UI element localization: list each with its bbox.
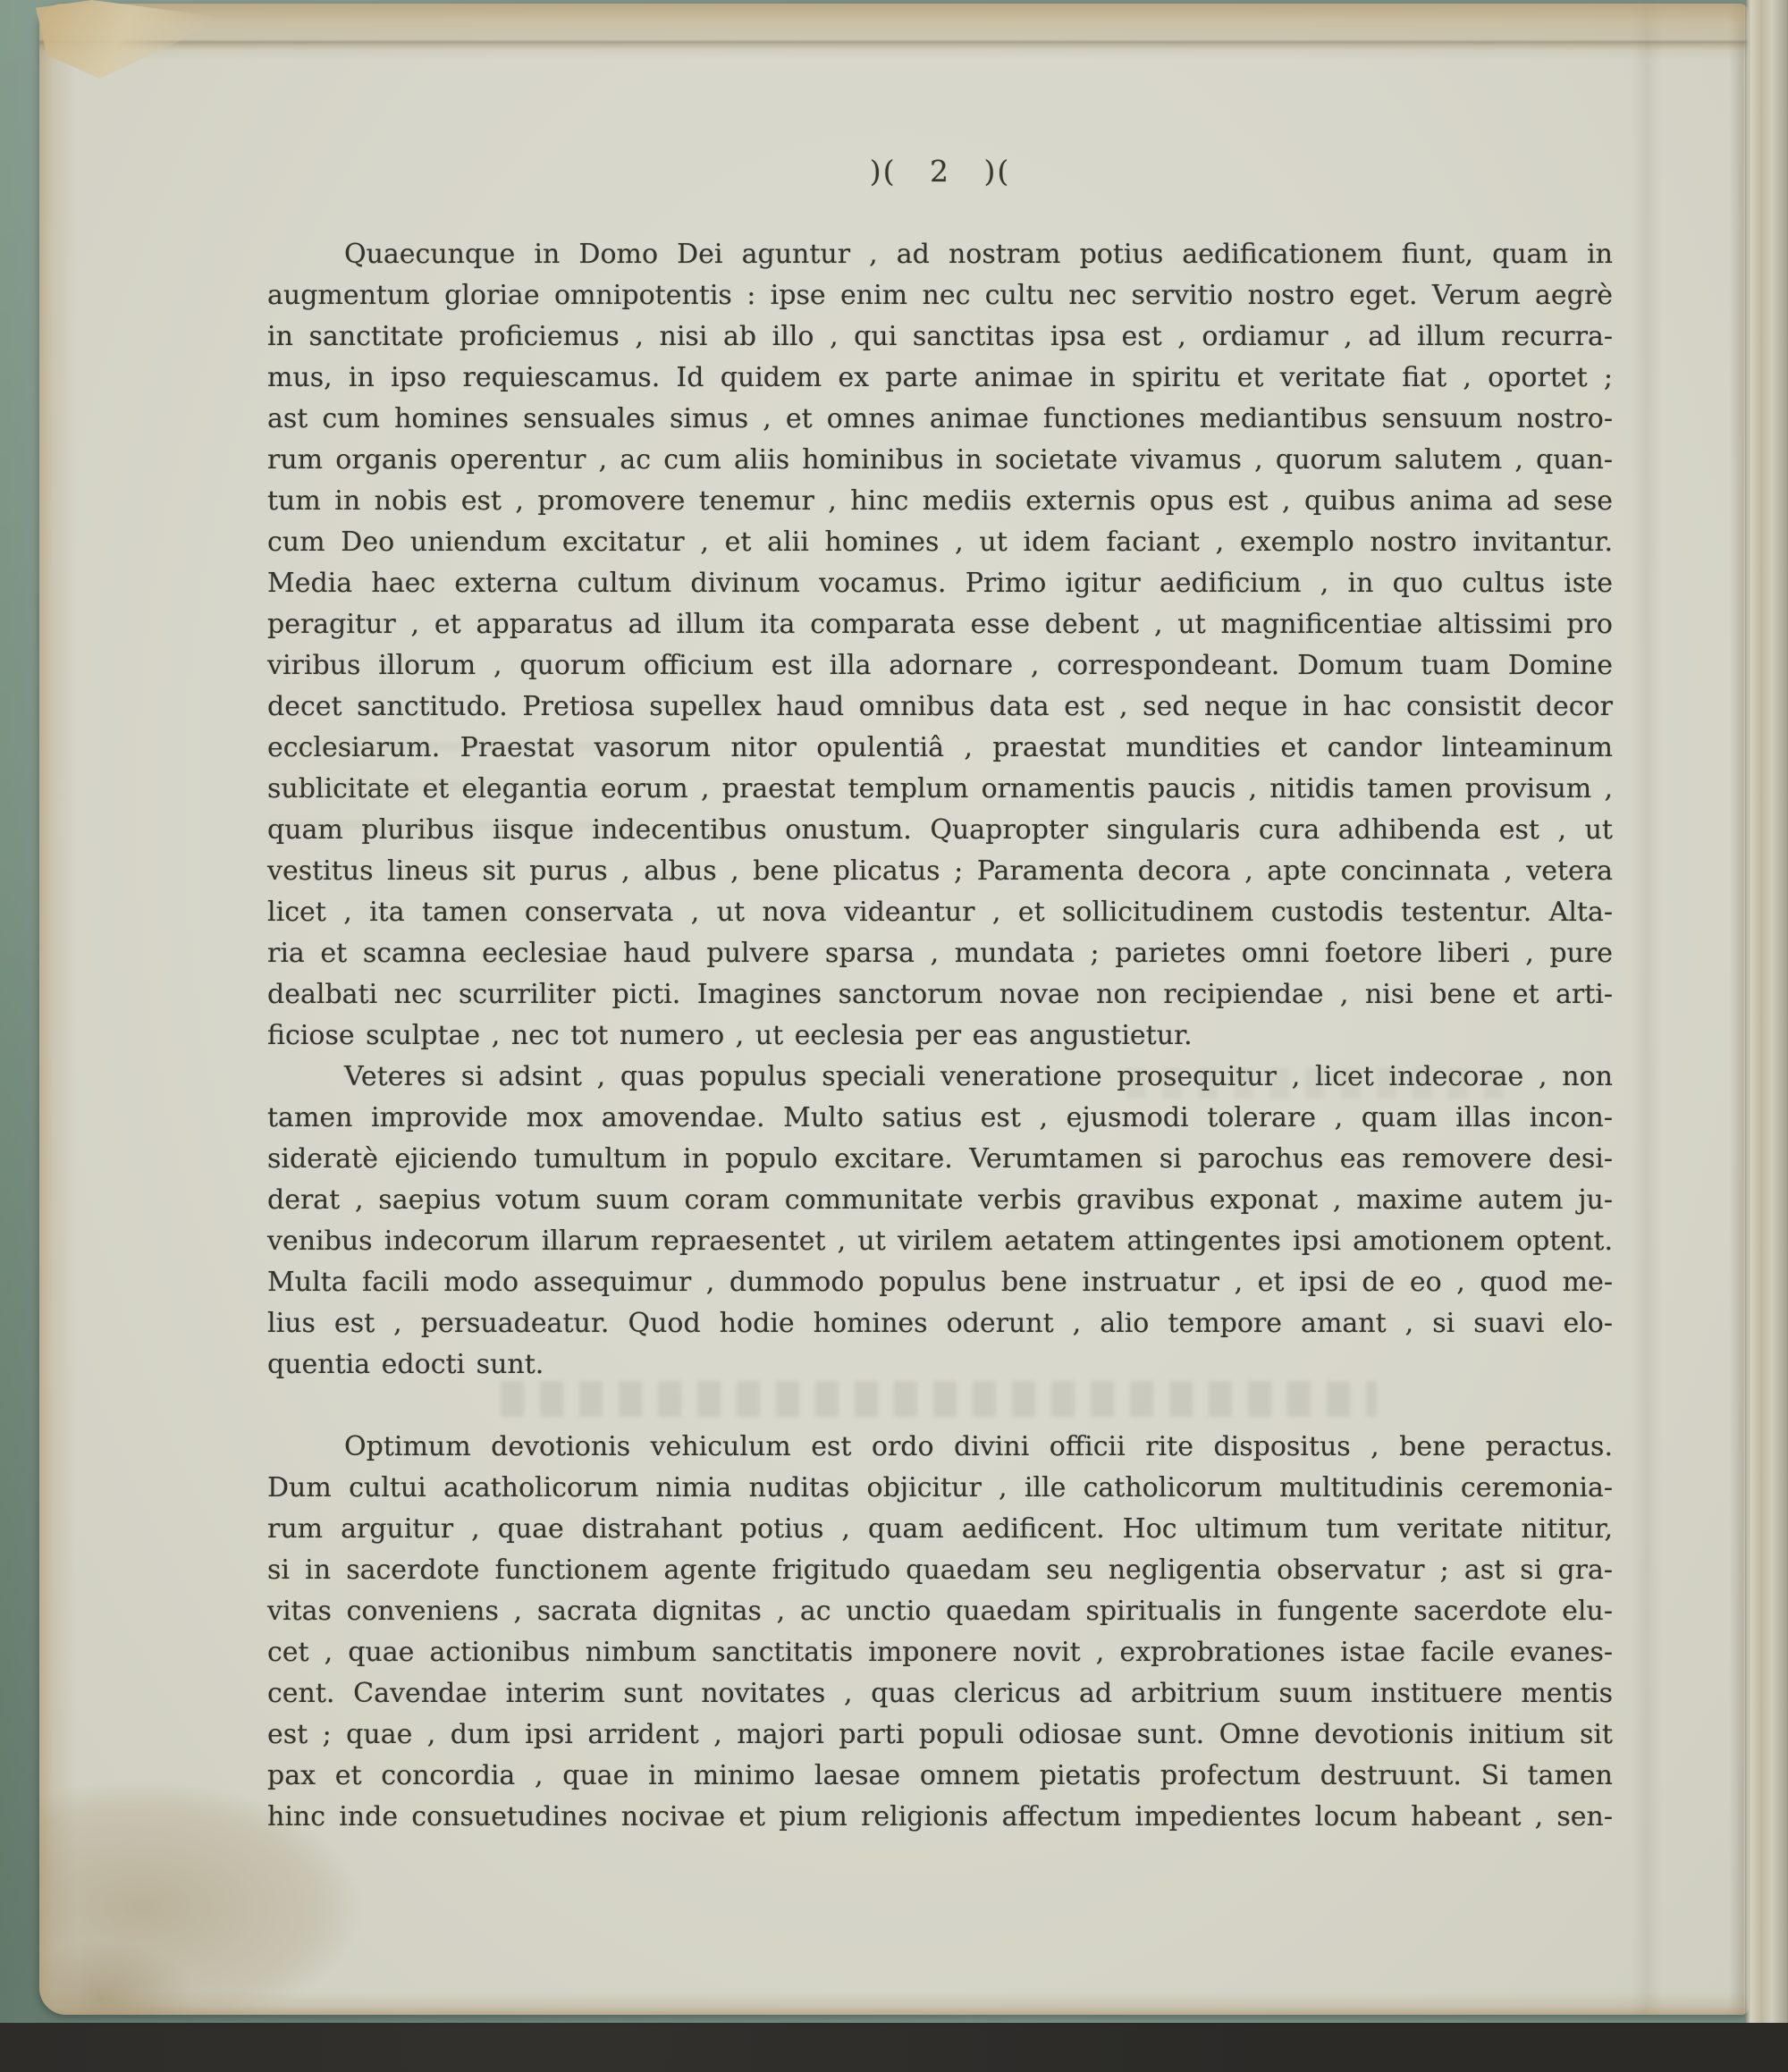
text-line: Media haec externa cultum divinum vocamu… xyxy=(267,563,1613,604)
text-line: ecclesiarum. Praestat vasorum nitor opul… xyxy=(267,728,1613,769)
text-line: pax et concordia , quae in minimo laesae… xyxy=(267,1756,1613,1797)
page-stack-edge xyxy=(1745,0,1788,2023)
paper-page: )( 2 )( Quaecunque in Domo Dei aguntur ,… xyxy=(39,4,1749,2015)
text-line: dealbati nec scurriliter picti. Imagines… xyxy=(267,974,1613,1015)
page-number-header: )( 2 )( xyxy=(267,154,1613,189)
text-line: venibus indecorum illarum repraesentet ,… xyxy=(267,1221,1613,1262)
text-line: derat , saepius votum suum coram communi… xyxy=(267,1180,1613,1221)
text-block: Quaecunque in Domo Dei aguntur , ad nost… xyxy=(267,234,1613,1838)
text-line: cent. Cavendae interim sunt novitates , … xyxy=(267,1673,1613,1714)
text-line: tamen improvide mox amovendae. Multo sat… xyxy=(267,1098,1613,1139)
text-line: in sanctitate proficiemus , nisi ab illo… xyxy=(267,316,1613,358)
text-line: quam pluribus iisque indecentibus onustu… xyxy=(267,810,1613,851)
text-line: si in sacerdote functionem agente frigit… xyxy=(267,1550,1613,1591)
text-line: Optimum devotionis vehiculum est ordo di… xyxy=(267,1427,1613,1468)
text-line: cet , quae actionibus nimbum sanctitatis… xyxy=(267,1632,1613,1673)
text-line: vestitus lineus sit purus , albus , bene… xyxy=(267,851,1613,892)
text-line: Veteres si adsint , quas populus special… xyxy=(267,1057,1613,1098)
text-line: ficiose sculptae , nec tot numero , ut e… xyxy=(267,1015,1613,1057)
text-line: Quaecunque in Domo Dei aguntur , ad nost… xyxy=(267,234,1613,275)
text-line: viribus illorum , quorum officium est il… xyxy=(267,645,1613,686)
text-line: hinc inde consuetudines nocivae et pium … xyxy=(267,1797,1613,1838)
text-line: ria et scamna eeclesiae haud pulvere spa… xyxy=(267,933,1613,974)
text-line: rum organis operentur , ac cum aliis hom… xyxy=(267,440,1613,481)
text-line: est ; quae , dum ipsi arrident , majori … xyxy=(267,1714,1613,1756)
text-line: augmentum gloriae omnipotentis : ipse en… xyxy=(267,275,1613,316)
text-line: Multa facili modo assequimur , dummodo p… xyxy=(267,1262,1613,1303)
text-line: Dum cultui acatholicorum nimia nuditas o… xyxy=(267,1468,1613,1509)
text-line: peragitur , et apparatus ad illum ita co… xyxy=(267,604,1613,645)
text-line: sideratè ejiciendo tumultum in populo ex… xyxy=(267,1139,1613,1180)
paragraph: Quaecunque in Domo Dei aguntur , ad nost… xyxy=(267,234,1613,1057)
text-line: lius est , persuadeatur. Quod hodie homi… xyxy=(267,1303,1613,1344)
text-line: mus, in ipso requiescamus. Id quidem ex … xyxy=(267,358,1613,399)
text-line: rum arguitur , quae distrahant potius , … xyxy=(267,1509,1613,1550)
text-line: quentia edocti sunt. xyxy=(267,1344,1613,1386)
book-scan-scene: )( 2 )( Quaecunque in Domo Dei aguntur ,… xyxy=(0,0,1788,2072)
paragraph: Veteres si adsint , quas populus special… xyxy=(267,1057,1613,1386)
text-line: tum in nobis est , promovere tenemur , h… xyxy=(267,481,1613,522)
paragraph: Optimum devotionis vehiculum est ordo di… xyxy=(267,1427,1613,1838)
text-line: ast cum homines sensuales simus , et omn… xyxy=(267,399,1613,440)
text-line: decet sanctitudo. Pretiosa supellex haud… xyxy=(267,686,1613,728)
text-line: licet , ita tamen conservata , ut nova v… xyxy=(267,892,1613,933)
text-line: sublicitate et elegantia eorum , praesta… xyxy=(267,769,1613,810)
text-line: vitas conveniens , sacrata dignitas , ac… xyxy=(267,1591,1613,1632)
text-line: cum Deo uniendum excitatur , et alii hom… xyxy=(267,522,1613,563)
